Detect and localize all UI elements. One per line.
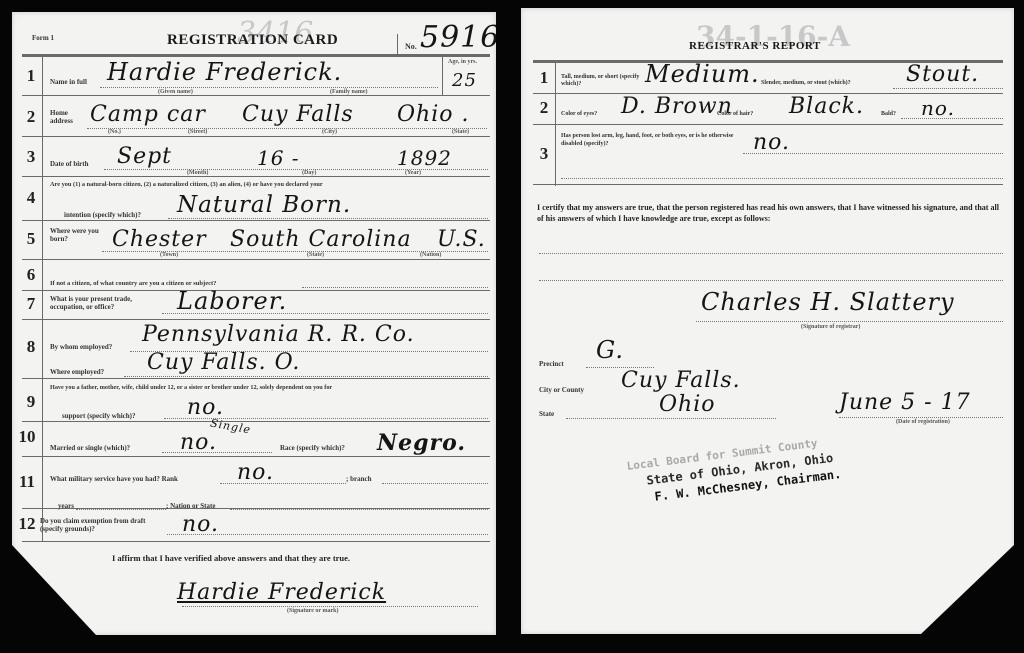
build-value: Stout. bbox=[906, 62, 979, 87]
occupation-value: Laborer. bbox=[177, 287, 287, 315]
month-caption: (Month) bbox=[187, 170, 208, 176]
age-value: 25 bbox=[452, 70, 477, 91]
citizenship-question: Are you (1) a natural-born citizen, (2) … bbox=[50, 181, 323, 188]
birth-state: South Carolina bbox=[230, 227, 412, 252]
birth-town: Chester bbox=[112, 227, 207, 252]
name-value: Hardie Frederick. bbox=[107, 58, 342, 86]
exemption-value: no. bbox=[182, 512, 219, 537]
row-number-1: 1 bbox=[22, 66, 40, 86]
height-value: Medium. bbox=[645, 60, 760, 88]
city-county-label: City or County bbox=[539, 386, 584, 394]
build-label: Slender, medium, or stout (which)? bbox=[761, 80, 851, 86]
dob-label: Date of birth bbox=[50, 160, 89, 168]
dob-day: 16 - bbox=[257, 146, 300, 170]
age-label: Age, in yrs. bbox=[448, 59, 477, 65]
dob-month: Sept bbox=[117, 144, 172, 169]
report-title: REGISTRAR'S REPORT bbox=[689, 40, 821, 52]
city-caption: (City) bbox=[322, 129, 337, 135]
disability-label: Has person lost arm, leg, hand, foot, or… bbox=[561, 132, 741, 148]
hair-color-label: Color of hair? bbox=[717, 111, 753, 117]
affirmation-text: I affirm that I have verified above answ… bbox=[112, 553, 350, 563]
row-number-3: 3 bbox=[22, 147, 40, 167]
report-row-number-2: 2 bbox=[535, 98, 553, 118]
town-caption: (Town) bbox=[160, 252, 178, 258]
employer-label: By whom employed? bbox=[50, 343, 112, 351]
military-rank-value: no. bbox=[237, 460, 274, 485]
day-caption: (Day) bbox=[302, 170, 316, 176]
intention-label: intention (specify which)? bbox=[64, 211, 141, 219]
dob-year: 1892 bbox=[397, 146, 452, 170]
birthplace-label: Where were you born? bbox=[50, 227, 102, 243]
military-rank-label: What military service have you had? Rank bbox=[50, 475, 178, 483]
marital-value: no. bbox=[180, 430, 217, 455]
serial-label: No. bbox=[405, 42, 417, 51]
row-number-4: 4 bbox=[22, 188, 40, 208]
citizenship-value: Natural Born. bbox=[177, 192, 351, 218]
registrars-report-card: 34-1-16-A REGISTRAR'S REPORT 1 Tall, med… bbox=[521, 8, 1014, 634]
row-number-6: 6 bbox=[22, 265, 40, 285]
registration-date: June 5 - 17 bbox=[839, 390, 971, 415]
row-number-9: 9 bbox=[22, 392, 40, 412]
registration-card: 3416 Form 1 REGISTRATION CARD No. 5916 1… bbox=[12, 12, 496, 635]
precinct-label: Precinct bbox=[539, 360, 564, 368]
card-title: REGISTRATION CARD bbox=[167, 32, 338, 49]
home-address-label: Home address bbox=[50, 109, 90, 125]
address-number-street: Camp car bbox=[90, 102, 206, 127]
eye-color-value: D. Brown bbox=[621, 94, 733, 119]
registrar-signature: Charles H. Slattery bbox=[701, 288, 955, 316]
certification-text: I certify that my answers are true, that… bbox=[537, 202, 999, 224]
row-number-5: 5 bbox=[22, 229, 40, 249]
exemption-label: Do you claim exemption from draft (speci… bbox=[40, 517, 170, 533]
state-value: Ohio bbox=[659, 392, 716, 417]
nation-caption: (Nation) bbox=[420, 252, 441, 258]
state-label: State bbox=[539, 410, 554, 418]
where-employed-value: Cuy Falls. O. bbox=[147, 350, 300, 375]
address-state: Ohio . bbox=[397, 102, 469, 127]
report-row-number-1: 1 bbox=[535, 68, 553, 88]
no-caption: (No.) bbox=[108, 129, 121, 135]
branch-label: ; branch bbox=[346, 475, 371, 483]
row-number-12: 12 bbox=[18, 514, 36, 534]
height-label: Tall, medium, or short (specify which)? bbox=[561, 74, 641, 88]
marital-label: Married or single (which)? bbox=[50, 444, 130, 452]
registrant-signature: Hardie Frederick bbox=[177, 580, 386, 605]
city-county-value: Cuy Falls. bbox=[621, 368, 741, 393]
signature-caption: (Signature or mark) bbox=[287, 608, 338, 614]
employer-value: Pennsylvania R. R. Co. bbox=[142, 322, 415, 347]
dependents-value: no. bbox=[187, 395, 224, 420]
registration-date-caption: (Date of registration) bbox=[896, 419, 950, 425]
row-number-8: 8 bbox=[22, 337, 40, 357]
race-value: Negro. bbox=[377, 430, 466, 456]
serial-number: 5916 bbox=[420, 20, 500, 55]
dependents-question: Have you a father, mother, wife, child u… bbox=[50, 384, 332, 391]
street-caption: (Street) bbox=[188, 129, 207, 135]
support-label: support (specify which)? bbox=[62, 412, 136, 420]
bald-value: no. bbox=[921, 96, 955, 120]
where-employed-label: Where employed? bbox=[50, 368, 104, 376]
state-caption-2: (State) bbox=[307, 252, 324, 258]
family-name-caption: (Family name) bbox=[330, 89, 368, 95]
precinct-value: G. bbox=[596, 336, 624, 364]
nation-state-label: ; Nation or State bbox=[166, 502, 215, 510]
citizen-country-label: If not a citizen, of what country are yo… bbox=[50, 280, 216, 287]
name-label: Name in full bbox=[50, 78, 87, 86]
state-caption: (State) bbox=[452, 129, 469, 135]
race-label: Race (specify which)? bbox=[280, 444, 345, 452]
report-row-number-3: 3 bbox=[535, 144, 553, 164]
given-name-caption: (Given name) bbox=[158, 89, 193, 95]
bald-label: Bald? bbox=[881, 111, 896, 117]
occupation-label: What is your present trade, occupation, … bbox=[50, 295, 160, 311]
row-number-10: 10 bbox=[18, 427, 36, 447]
disability-value: no. bbox=[753, 130, 790, 155]
local-board-stamp: Local Board for Summit County State of O… bbox=[626, 434, 842, 506]
years-label: years bbox=[58, 502, 74, 510]
row-number-2: 2 bbox=[22, 107, 40, 127]
row-number-11: 11 bbox=[18, 472, 36, 492]
form-label: Form 1 bbox=[32, 34, 54, 42]
address-city: Cuy Falls bbox=[242, 102, 354, 127]
hair-color-value: Black. bbox=[789, 94, 864, 119]
row-number-7: 7 bbox=[22, 294, 40, 314]
registrar-signature-caption: (Signature of registrar) bbox=[801, 324, 860, 330]
birth-nation: U.S. bbox=[437, 227, 486, 252]
year-caption: (Year) bbox=[405, 170, 421, 176]
eye-color-label: Color of eyes? bbox=[561, 111, 597, 117]
